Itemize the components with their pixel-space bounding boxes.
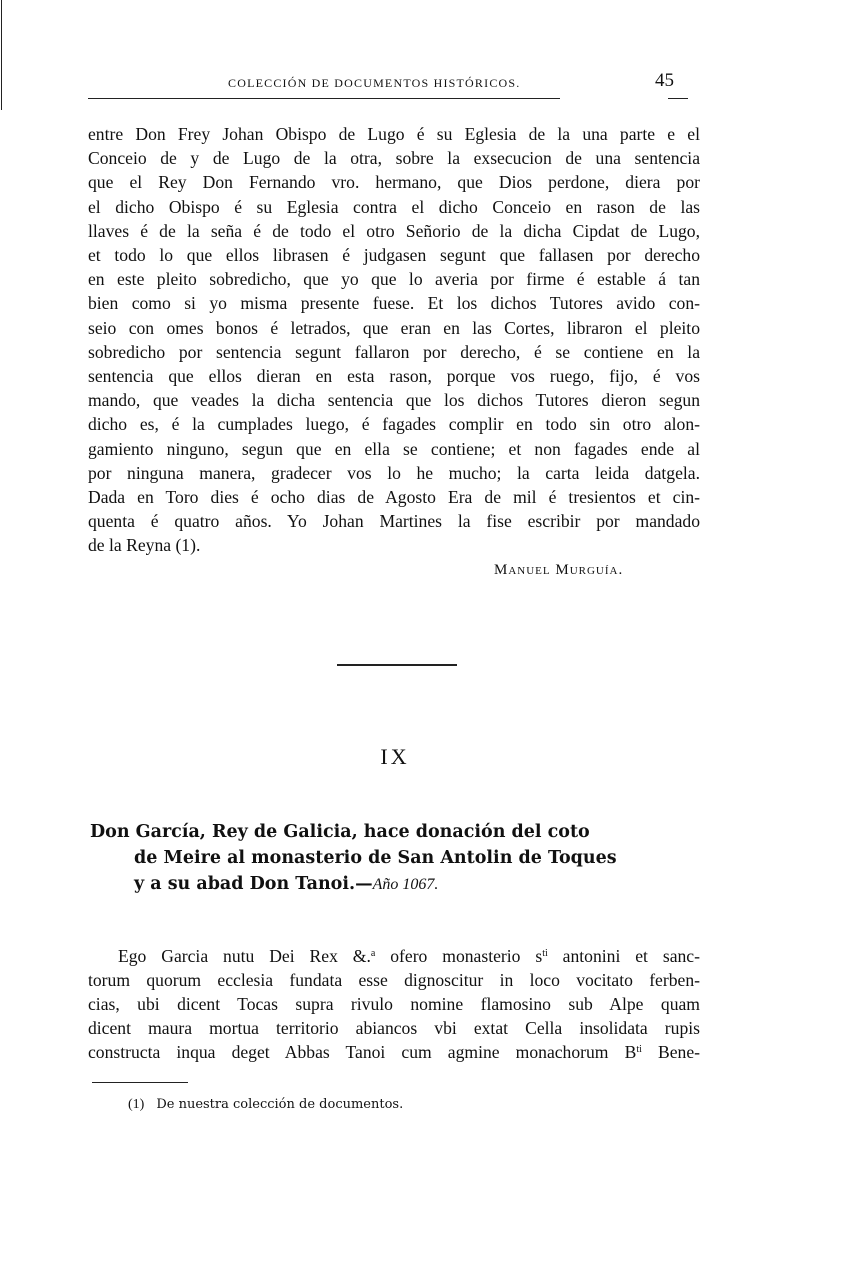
heading-line-last: y a su abad Don Tanoi.—Año 1067.: [90, 871, 702, 898]
page-edge-rule: [1, 0, 2, 110]
text-line: cias, ubi dicent Tocas supra rivulo nomi…: [88, 992, 700, 1016]
previous-document-text: entre Don Frey Johan Obispo de Lugo é su…: [88, 122, 700, 558]
text-line: dicho es, é la cumplades luego, é fagade…: [88, 412, 700, 436]
running-head: Colección de documentos históricos. 45: [88, 70, 688, 100]
heading-line: Don García, Rey de Galicia, hace donació…: [90, 819, 702, 845]
footnote: (1)De nuestra colección de documentos.: [128, 1097, 403, 1113]
heading-line-text: y a su abad Don Tanoi.—: [134, 874, 373, 894]
text-line: que el Rey Don Fernando vro. hermano, qu…: [88, 170, 700, 194]
text-line: dicent maura mortua territorio abiancos …: [88, 1016, 700, 1040]
section-number: IX: [0, 744, 790, 770]
latin-document-text: Ego Garcia nutu Dei Rex &.a ofero monast…: [88, 944, 700, 1064]
text-line: gamiento ninguno, segun que en ella se c…: [88, 437, 700, 461]
text-line: entre Don Frey Johan Obispo de Lugo é su…: [88, 122, 700, 146]
document-heading: Don García, Rey de Galicia, hace donació…: [90, 819, 702, 898]
heading-line: de Meire al monasterio de San Antolin de…: [90, 845, 702, 871]
text-line: por ninguna manera, gradecer vos lo he m…: [88, 461, 700, 485]
running-title: Colección de documentos históricos.: [228, 76, 520, 91]
text-line: llaves é de la seña é de todo el otro Se…: [88, 219, 700, 243]
footnote-mark: (1): [128, 1097, 144, 1112]
page-number: 45: [655, 70, 674, 92]
text-line: sentencia que ellos dieran en esta rason…: [88, 364, 700, 388]
section-divider: [337, 664, 457, 666]
text-line: de la Reyna (1).: [88, 533, 700, 557]
text-line: et todo lo que ellos librasen é judgasen…: [88, 243, 700, 267]
heading-date: Año 1067.: [373, 876, 439, 893]
header-rule: [88, 98, 560, 99]
text-line: Dada en Toro dies é ocho dias de Agosto …: [88, 485, 700, 509]
header-rule-right: [668, 98, 688, 99]
text-line: el dicho Obispo é su Eglesia contra el d…: [88, 195, 700, 219]
text-line: en este pleito sobredicho, que yo que lo…: [88, 267, 700, 291]
text-line: seio con omes bonos é letrados, que eran…: [88, 316, 700, 340]
signature: Manuel Murguía.: [494, 562, 623, 579]
text-line: constructa inqua deget Abbas Tanoi cum a…: [88, 1040, 700, 1064]
text-fragment: antonini et sanc-: [548, 946, 700, 966]
text-line: mando, que veades la dicha sentencia que…: [88, 388, 700, 412]
footnote-rule: [92, 1082, 188, 1083]
text-fragment: Ego Garcia nutu Dei Rex &.: [118, 946, 371, 966]
text-line: Ego Garcia nutu Dei Rex &.a ofero monast…: [88, 944, 700, 968]
text-line: quenta é quatro años. Yo Johan Martines …: [88, 509, 700, 533]
text-line: torum quorum ecclesia fundata esse digno…: [88, 968, 700, 992]
text-fragment: constructa inqua deget Abbas Tanoi cum a…: [88, 1042, 636, 1062]
text-fragment: ofero monasterio s: [375, 946, 542, 966]
text-fragment: Bene-: [642, 1042, 700, 1062]
text-line: Conceio de y de Lugo de la otra, sobre l…: [88, 146, 700, 170]
text-line: sobredicho por sentencia segunt fallaron…: [88, 340, 700, 364]
text-line: bien como si yo misma presente fuese. Et…: [88, 291, 700, 315]
footnote-text: De nuestra colección de documentos.: [156, 1097, 403, 1112]
